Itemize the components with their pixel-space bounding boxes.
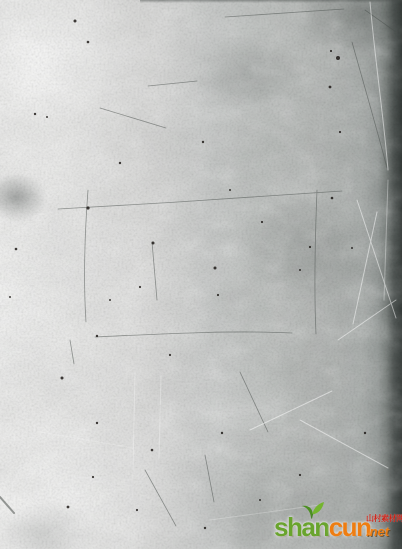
noise-layers — [0, 0, 402, 549]
brand-part-shan: shan — [274, 512, 329, 542]
brand-part-cun: cun — [329, 512, 371, 542]
watermark-side-column: 山村素材网 .net — [366, 514, 400, 538]
texture-overlay — [0, 0, 402, 549]
grunge-texture-image: shancun 山村素材网 .net — [0, 0, 402, 549]
watermark-shancun-logo: shancun 山村素材网 .net — [274, 501, 402, 547]
brand-wordmark: shancun — [274, 514, 370, 540]
watermark-tld: .net — [366, 525, 400, 538]
watermark-cn-text: 山村素材网 — [366, 514, 400, 523]
